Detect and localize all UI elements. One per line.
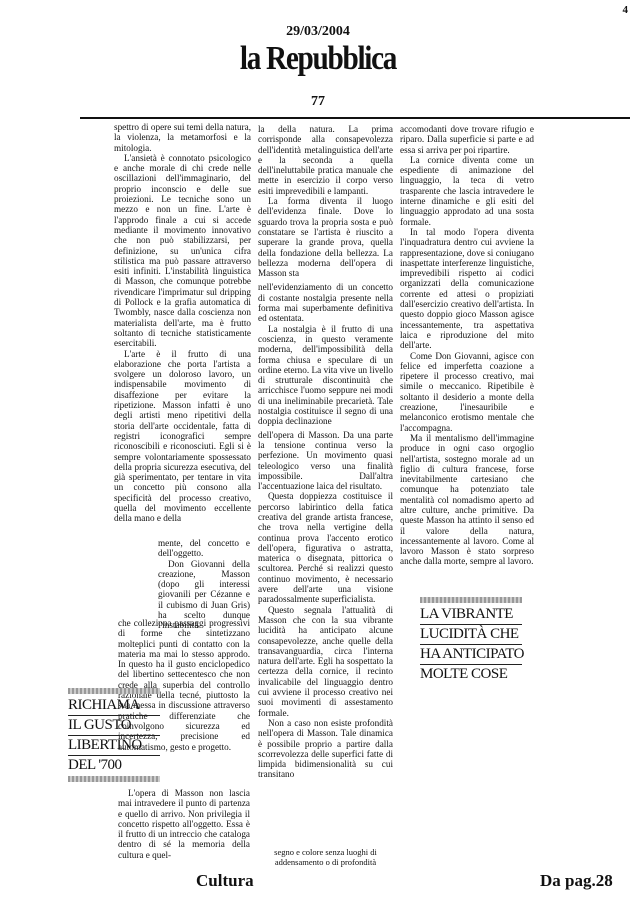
masthead: la Repubblica — [45, 40, 592, 78]
pull-quote-line: DEL '700 — [68, 757, 160, 775]
pull-quote-line: LUCIDITÀ CHE — [420, 626, 522, 645]
header-rule — [80, 117, 630, 119]
column-1: spettro di opere sui temi della natura, … — [114, 122, 251, 567]
pull-quote-line: RICHIAMA — [68, 697, 160, 716]
decorative-bar — [68, 688, 160, 694]
paragraph: La nostalgia è il frutto di una coscienz… — [258, 324, 393, 427]
decorative-bar — [420, 597, 522, 603]
paragraph: In tal modo l'opera diventa l'inquadratu… — [400, 227, 534, 351]
paragraph: Non a caso non esiste profondità nell'op… — [258, 718, 393, 780]
paragraph: La forma diventa il luogo dell'evidenza … — [258, 196, 393, 278]
newspaper-page: 77 — [0, 94, 636, 110]
paragraph: Come Don Giovanni, agisce con felice ed … — [400, 351, 534, 433]
pull-quote-line: IL GUSTO — [68, 717, 160, 736]
column-2-footnote: segno e colore senza luoghi di addensame… — [258, 848, 393, 867]
column-3: accomodanti dove trovare rifugio e ripar… — [400, 124, 534, 567]
paragraph: spettro di opere sui temi della natura, … — [114, 122, 251, 153]
decorative-bar — [68, 776, 160, 782]
paragraph: accomodanti dove trovare rifugio e ripar… — [400, 124, 534, 155]
paragraph: Ma il mentalismo dell'immagine produce i… — [400, 433, 534, 567]
column-1-end: L'opera di Masson non lascia mai intrave… — [118, 788, 250, 860]
column-1-continued: mente, del concetto e dell'oggetto. Don … — [158, 538, 250, 631]
paragraph: L'ansietà è connotato psicologico e anch… — [114, 153, 251, 349]
paragraph: Questo segnala l'attualità di Masson che… — [258, 605, 393, 718]
pull-quote-right: LA VIBRANTE LUCIDITÀ CHE HA ANTICIPATO M… — [420, 597, 522, 685]
paragraph: L'arte è il frutto di una elaborazione c… — [114, 349, 251, 524]
paragraph: Questa doppiezza costituisce il percorso… — [258, 491, 393, 604]
paragraph: dell'opera di Masson. Da una parte la te… — [258, 430, 393, 492]
pull-quote-line: HA ANTICIPATO — [420, 646, 522, 665]
paragraph: nell'evidenziamento di un concetto di co… — [258, 282, 393, 323]
pull-quote-line: LIBERTINO — [68, 737, 160, 756]
source-page: Da pag.28 — [540, 871, 613, 891]
date: 29/03/2004 — [0, 24, 636, 40]
paragraph: mente, del concetto e dell'oggetto. — [158, 538, 250, 559]
section-label: Cultura — [196, 871, 254, 891]
column-2: la della natura. La prima corrisponde al… — [258, 124, 393, 780]
paragraph: la della natura. La prima corrisponde al… — [258, 124, 393, 196]
pull-quote-line: MOLTE COSE — [420, 666, 522, 684]
page-number: 4 — [623, 4, 629, 16]
paragraph: L'opera di Masson non lascia mai intrave… — [118, 788, 250, 860]
pull-quote-left: RICHIAMA IL GUSTO LIBERTINO DEL '700 — [68, 688, 160, 785]
paragraph: La cornice diventa come un espediente di… — [400, 155, 534, 227]
pull-quote-line: LA VIBRANTE — [420, 606, 522, 625]
